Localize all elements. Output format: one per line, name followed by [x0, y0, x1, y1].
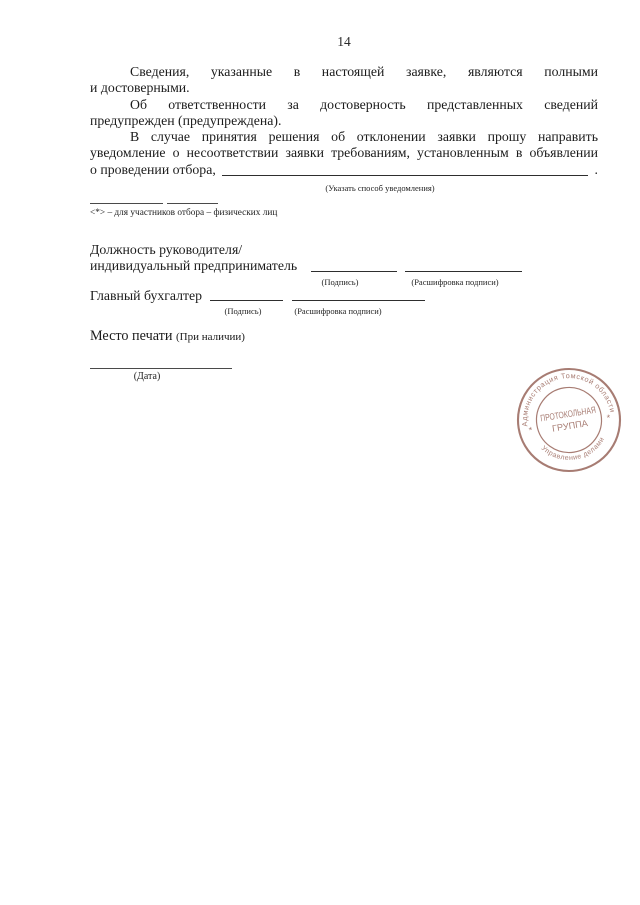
round-stamp: Администрация Томской области Управление… — [513, 364, 625, 476]
paragraph1-line2: и достоверными. — [90, 80, 598, 96]
accountant-signature-blank — [210, 298, 283, 301]
page-number: 14 — [90, 35, 598, 49]
notification-method-caption: (Указать способ уведомления) — [325, 180, 434, 196]
footnote-separator-segment2 — [167, 203, 218, 204]
position-signature-caption: (Подпись) — [322, 275, 359, 291]
notification-method-blank-line — [222, 174, 588, 176]
date-caption: (Дата) — [134, 371, 161, 382]
seal-place-note: (При наличии) — [176, 331, 245, 343]
body-text: Сведения, указанные в настоящей заявке, … — [90, 64, 598, 191]
paragraph3-line3-period: . — [595, 162, 598, 178]
position-name-blank — [405, 269, 522, 272]
paragraph3-line2: уведомление о несоответствии заявки треб… — [90, 145, 598, 161]
paragraph3-line3: о проведении отбора, . — [90, 162, 598, 178]
position-signature-blank — [311, 269, 397, 272]
paragraph1-line1: Сведения, указанные в настоящей заявке, … — [90, 64, 598, 80]
seal-place-row: Место печати (При наличии) — [90, 328, 598, 345]
accountant-decode-caption: (Расшифровка подписи) — [294, 304, 381, 320]
paragraph2-line1: Об ответственности за достоверность пред… — [90, 97, 598, 113]
signature-block: Должность руководителя/ индивидуальный п… — [90, 242, 598, 315]
date-blank-line — [90, 358, 232, 369]
position-captions-row: (Подпись) (Расшифровка подписи) — [90, 275, 598, 286]
paragraph3-line3-text: о проведении отбора, — [90, 162, 216, 178]
stamp-right-star: * — [606, 412, 612, 423]
accountant-signature-caption: (Подпись) — [225, 304, 262, 320]
position-label-line1: Должность руководителя/ — [90, 242, 598, 258]
position-label-line2: индивидуальный предприниматель — [90, 258, 297, 274]
paragraph3-line1: В случае принятия решения об отклонении … — [90, 129, 598, 145]
accountant-label: Главный бухгалтер — [90, 288, 202, 304]
seal-place-label: Место печати — [90, 328, 172, 344]
footnote-text: <*> – для участников отбора – физических… — [90, 208, 598, 218]
page-content: 14 Сведения, указанные в настоящей заявк… — [90, 0, 598, 383]
accountant-name-blank — [292, 298, 425, 301]
footnote-separator-segment1 — [90, 203, 163, 204]
position-decode-caption: (Расшифровка подписи) — [411, 275, 498, 291]
document-page: 14 Сведения, указанные в настоящей заявк… — [0, 0, 640, 905]
accountant-captions-row: (Подпись) (Расшифровка подписи) — [90, 304, 598, 315]
position-signature-row: индивидуальный предприниматель — [90, 258, 598, 274]
stamp-graphic: Администрация Томской области Управление… — [513, 364, 625, 476]
footnote-separator — [90, 203, 598, 206]
paragraph2-line2: предупрежден (предупреждена). — [90, 113, 598, 129]
stamp-left-star: * — [528, 425, 534, 436]
blank-caption-row: (Указать способ уведомления) — [90, 178, 598, 191]
